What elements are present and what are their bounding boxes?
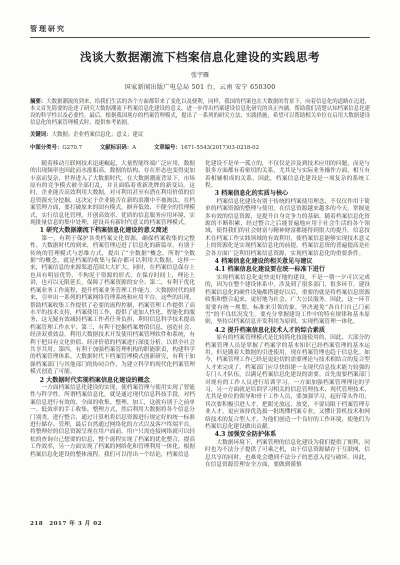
doc-code-value: A — [132, 145, 136, 151]
journal-page: 管理研究 浅谈大数据潮流下档案信息化建设的实践思考 张宇雁 国家新闻出版广电总局… — [0, 0, 400, 565]
section-heading-4-3: 4.3 加强安全防护体系 — [205, 431, 370, 439]
two-column-body: 随着移动互联网技术迅速崛起，大量智能终端广泛应用，数据的出现频率也因此而水涨船高… — [30, 161, 370, 470]
clc-label: 中图分类号： — [30, 145, 62, 151]
paragraph-section-2: 一方面档案信息化建设的实现，使档案管理与使用实现了智能性与科学性。所谓档案信息化… — [30, 385, 195, 459]
section-heading-3: 3 档案信息化的实质与核心 — [205, 190, 370, 198]
author-affiliation: 国家新闻出版广电总局 501 台，云南 安宁 650300 — [30, 82, 370, 91]
clc-value: G270.7 — [62, 145, 82, 151]
author-name: 张宇雁 — [30, 70, 370, 79]
doc-code-label: 文献标识码： — [100, 145, 132, 151]
paragraph-intro: 随着移动互联网技术迅速崛起，大量智能终端广泛应用，数据的出现频率也因此而水涨船高… — [30, 161, 195, 228]
section-heading-4-1: 4.1 档案信息化建设要在统一标准下进行 — [205, 266, 370, 274]
paragraph-section-1: 第一，有利于保护各类档案文化资源，确保档案收集的完整性。大数据时代的到来，档案管… — [30, 236, 195, 377]
doc-code-item: 文献标识码：A — [100, 145, 136, 151]
abstract-text: 大数据潮流的到来，给我们生活的各个方面都带来了变化以及便利，同样，我国的档案也在… — [30, 99, 370, 126]
page-footer: 218 2017 年 3 月 02 — [30, 519, 102, 527]
abstract: 摘要：大数据潮流的到来，给我们生活的各个方面都带来了变化以及便利，同样，我国的档… — [30, 99, 370, 127]
left-column: 随着移动互联网技术迅速崛起，大量智能终端广泛应用，数据的出现频率也因此而水涨船高… — [30, 161, 195, 470]
keywords-text: 大数据；企业档案信息化；意义；建议 — [52, 132, 144, 138]
paragraph-section-4-3: 大数据环境下，档案管理的信息化建设为我们提供了便利，同时也为不法分子提供了可乘之… — [205, 440, 370, 470]
abstract-label: 摘要： — [30, 99, 46, 105]
section-heading-2: 2 大数据时代实现档案信息化建设的概念 — [30, 377, 195, 385]
paragraph-section-2-continued: 化建设不是单一孤立的，不仅仅是涉及到技术应用的问题，而是与很多方面都有着密切的关… — [205, 161, 370, 191]
section-heading-4-2: 4.2 提升档案信息化技术人才的综合素质 — [205, 327, 370, 335]
keywords-line: 关键词：大数据；企业档案信息化；意义；建议 — [30, 132, 370, 139]
header-rule — [30, 37, 370, 38]
section-heading-1: 1 研究大数据潮流下档案信息化建设的意义简述 — [30, 227, 195, 235]
article-id-item: 文章编号：1671-5543(2017)03-0218-02 — [154, 145, 259, 151]
journal-section-label: 管理研究 — [30, 24, 370, 34]
paragraph-section-4-2: 原有的档案管理模式是比较简化技能使用的，因此，大部分的档案管理人员是掌握了档案学… — [205, 335, 370, 431]
right-column: 化建设不是单一孤立的，不仅仅是涉及到技术应用的问题，而是与很多方面都有着密切的关… — [205, 161, 370, 470]
clc-item: 中图分类号：G270.7 — [30, 145, 82, 151]
article-title: 浅谈大数据潮流下档案信息化建设的实践思考 — [30, 49, 370, 65]
paragraph-section-4-1: 实现档案信息化更快更好地的建设，不是一朝一夕可以完成的，因为在整个建设体系中，涉… — [205, 275, 370, 327]
keywords-label: 关键词： — [30, 132, 52, 138]
article-id-value: 1671-5543(2017)03-0218-02 — [181, 145, 259, 151]
classification-line: 中图分类号：G270.7 文献标识码：A 文章编号：1671-5543(2017… — [30, 145, 370, 152]
article-id-label: 文章编号： — [154, 145, 181, 151]
paragraph-section-3: 档案信息化建设有别于传统的档案使用理念，不仅仅作用于简单的档案资源的整理与使用，… — [205, 199, 370, 258]
